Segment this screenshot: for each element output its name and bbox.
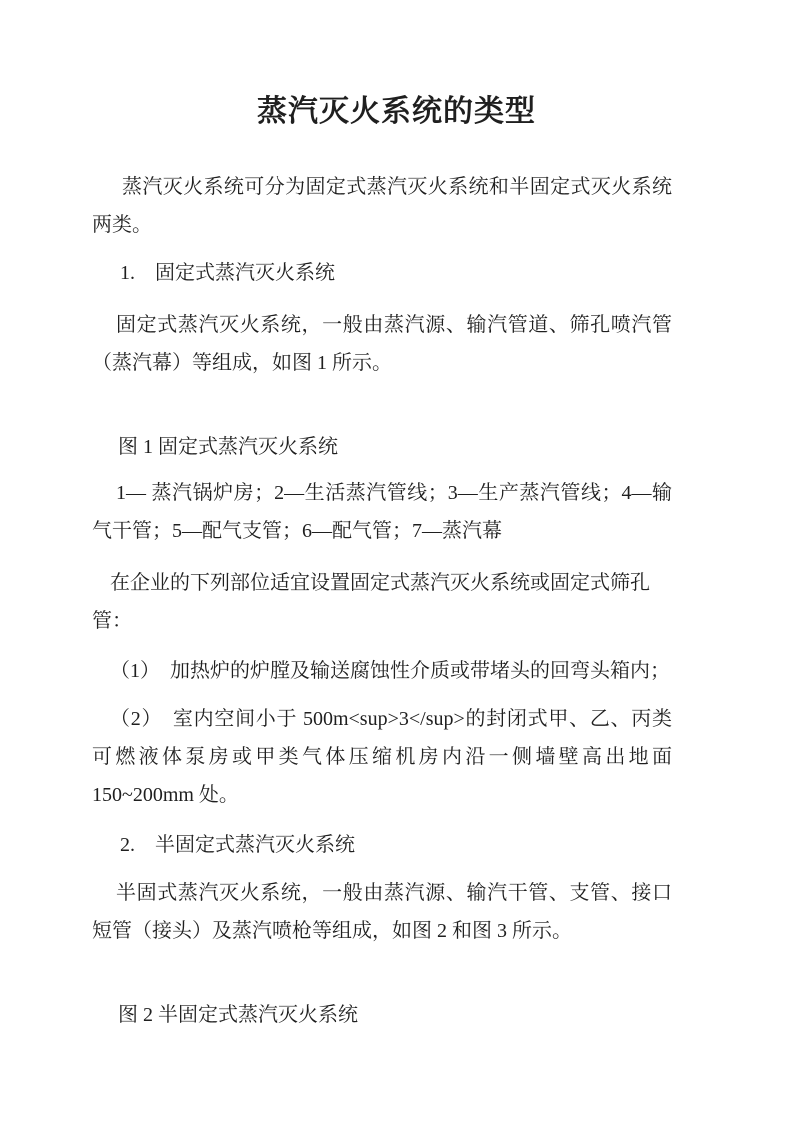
document-page: 蒸汽灭火系统的类型 蒸汽灭火系统可分为固定式蒸汽灭火系统和半固定式灭火系统两类。… (0, 0, 793, 1122)
intro-paragraph: 蒸汽灭火系统可分为固定式蒸汽灭火系统和半固定式灭火系统两类。 (92, 168, 672, 244)
figure-1-legend: 1— 蒸汽锅炉房；2—生活蒸汽管线；3—生产蒸汽管线；4—输气干管；5—配气支管… (92, 474, 672, 550)
suitable-locations-paragraph: 在企业的下列部位适宜设置固定式蒸汽灭火系统或固定式筛孔管： (92, 564, 672, 640)
figure-1-caption: 图 1 固定式蒸汽灭火系统 (92, 428, 672, 466)
figure-2-caption: 图 2 半固定式蒸汽灭火系统 (92, 996, 672, 1034)
section-2-paragraph: 半固式蒸汽灭火系统，一般由蒸汽源、输汽干管、支管、接口短管（接头）及蒸汽喷枪等组… (92, 874, 672, 950)
section-1-heading: 1. 固定式蒸汽灭火系统 (92, 254, 672, 292)
section-2-heading: 2. 半固定式蒸汽灭火系统 (92, 826, 672, 864)
document-title: 蒸汽灭火系统的类型 (92, 90, 701, 134)
section-1-paragraph: 固定式蒸汽灭火系统，一般由蒸汽源、输汽管道、筛孔喷汽管（蒸汽幕）等组成，如图 1… (92, 306, 672, 382)
location-list-item-2: （2） 室内空间小于 500m<sup>3</sup>的封闭式甲、乙、丙类可燃液… (92, 700, 672, 814)
location-list-item-1: （1） 加热炉的炉膛及输送腐蚀性介质或带堵头的回弯头箱内； (92, 652, 672, 690)
